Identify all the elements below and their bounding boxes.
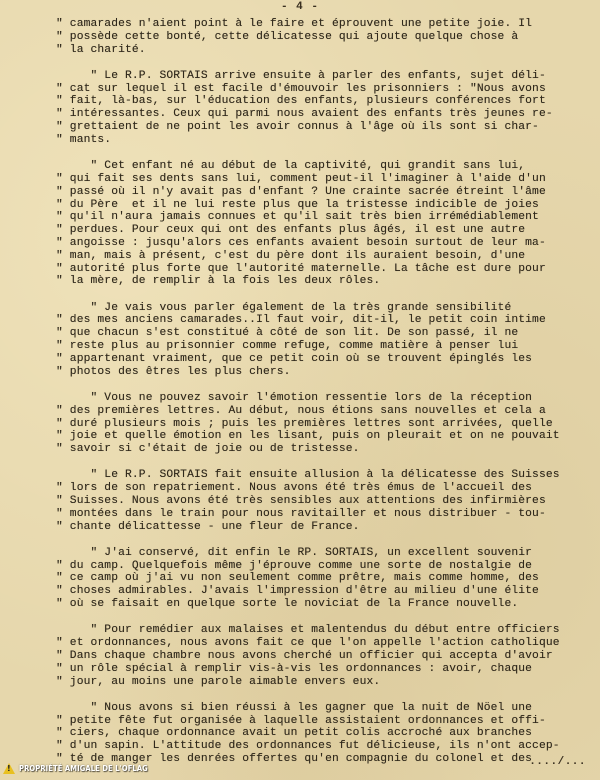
text-line: " que chacun s'est constitué à côté de s… <box>56 327 600 340</box>
text-line: " intéressantes. Ceux qui parmi nous ava… <box>56 108 600 121</box>
text-line: " du camp. Quelquefois même j'éprouve co… <box>56 560 600 573</box>
paragraph: " J'ai conservé, dit enfin le RP. SORTAI… <box>56 547 600 611</box>
text-line: " fait, là-bas, sur l'éducation des enfa… <box>56 95 600 108</box>
text-line: " et ordonnances, nous avons fait ce que… <box>56 637 600 650</box>
text-line: " autorité plus forte que l'autorité mat… <box>56 263 600 276</box>
text-line: " Cet enfant né au début de la captivité… <box>56 160 600 173</box>
paragraph: " Pour remédier aux malaises et malenten… <box>56 624 600 688</box>
text-line: " choses admirables. J'avais l'impressio… <box>56 585 600 598</box>
text-line: " où se faisait en quelque sorte le novi… <box>56 598 600 611</box>
text-line: " J'ai conservé, dit enfin le RP. SORTAI… <box>56 547 600 560</box>
paragraph: " Je vais vous parler également de la tr… <box>56 302 600 379</box>
text-line: " perdues. Pour ceux qui ont des enfants… <box>56 224 600 237</box>
text-line: " la charité. <box>56 44 600 57</box>
paragraph: " Le R.P. SORTAIS arrive ensuite à parle… <box>56 70 600 147</box>
paragraph: " Le R.P. SORTAIS fait ensuite allusion … <box>56 469 600 533</box>
text-line: " la mère, de remplir à la fois les deux… <box>56 275 600 288</box>
text-line: " possède cette bonté, cette délicatesse… <box>56 31 600 44</box>
text-line: " Le R.P. SORTAIS arrive ensuite à parle… <box>56 70 600 83</box>
text-line: " photos des êtres les plus chers. <box>56 366 600 379</box>
text-line: " Nous avons si bien réussi à les gagner… <box>56 702 600 715</box>
page-number: - 4 - <box>0 1 600 13</box>
text-line: " des premières lettres. Au début, nous … <box>56 405 600 418</box>
text-line: " duré plusieurs mois ; puis les premièr… <box>56 418 600 431</box>
watermark-text: PROPRIÉTÉ AMIGALE DE L'OFLAG <box>19 764 148 773</box>
text-line: " passé où il n'y avait pas d'enfant ? U… <box>56 186 600 199</box>
text-line: " montées dans le train pour nous ravita… <box>56 508 600 521</box>
text-line: " reste plus au prisonnier comme refuge,… <box>56 340 600 353</box>
text-line: " Dans chaque chambre nous avons cherché… <box>56 650 600 663</box>
text-line: " lors de son repatriement. Nous avons é… <box>56 482 600 495</box>
text-line: " camarades n'aient point à le faire et … <box>56 18 600 31</box>
text-line: " savoir si c'était de joie ou de triste… <box>56 443 600 456</box>
paragraph: " Cet enfant né au début de la captivité… <box>56 160 600 288</box>
text-line: " jour, au moins une parole aimable enve… <box>56 676 600 689</box>
text-line: " ciers, chaque ordonnance avait un peti… <box>56 727 600 740</box>
paragraph: " Nous avons si bien réussi à les gagner… <box>56 702 600 766</box>
paragraph: " camarades n'aient point à le faire et … <box>56 18 600 56</box>
watermark: PROPRIÉTÉ AMIGALE DE L'OFLAG <box>3 763 171 774</box>
warning-icon <box>3 763 15 774</box>
text-line: " ce camp où j'ai vu non seulement comme… <box>56 572 600 585</box>
text-line: " qu'il n'aura jamais connues et qu'il s… <box>56 211 600 224</box>
text-line: " mants. <box>56 134 600 147</box>
text-line: " grettaient de ne point les avoir connu… <box>56 121 600 134</box>
paragraph: " Vous ne pouvez savoir l'émotion ressen… <box>56 392 600 456</box>
text-line: " Vous ne pouvez savoir l'émotion ressen… <box>56 392 600 405</box>
text-line: " un rôle spécial à remplir vis-à-vis le… <box>56 663 600 676</box>
text-line: " man, mais à présent, c'est du père don… <box>56 250 600 263</box>
text-line: " qui fait ses dents sans lui, comment p… <box>56 173 600 186</box>
text-line: " du Père et il ne lui reste plus que la… <box>56 199 600 212</box>
document-body: " camarades n'aient point à le faire et … <box>56 18 600 779</box>
text-line: " des mes anciens camarades..Il faut voi… <box>56 314 600 327</box>
text-line: " Je vais vous parler également de la tr… <box>56 302 600 315</box>
text-line: " appartenant vraiment, que ce petit coi… <box>56 353 600 366</box>
text-line: " joie et quelle émotion en les lisant, … <box>56 430 600 443</box>
text-line: " Suisses. Nous avons été très sensibles… <box>56 495 600 508</box>
text-line: " cat sur lequel il est facile d'émouvoi… <box>56 83 600 96</box>
text-line: " petite fête fut organisée à laquelle a… <box>56 715 600 728</box>
text-line: " angoisse : jusqu'alors ces enfants ava… <box>56 237 600 250</box>
text-line: " d'un sapin. L'attitude des ordonnances… <box>56 740 600 753</box>
text-line: " Le R.P. SORTAIS fait ensuite allusion … <box>56 469 600 482</box>
text-line: " chante délicattesse - une fleur de Fra… <box>56 521 600 534</box>
continuation-mark: ..../... <box>529 756 586 768</box>
text-line: " Pour remédier aux malaises et malenten… <box>56 624 600 637</box>
